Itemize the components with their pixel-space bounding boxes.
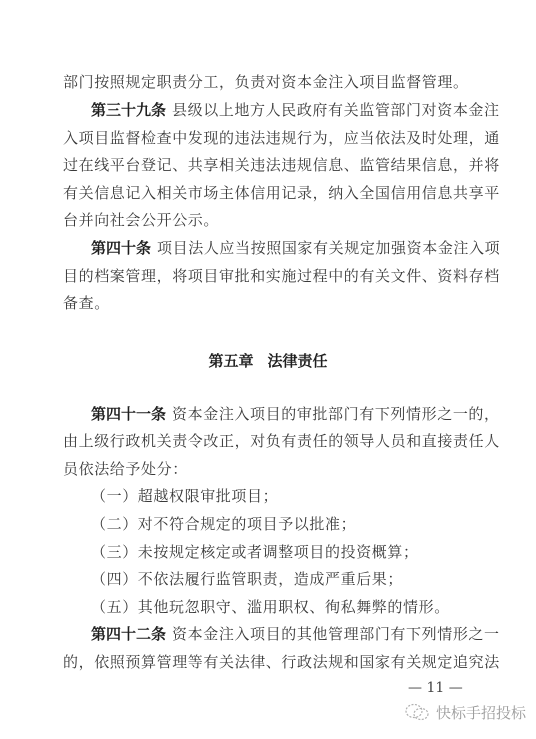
line-text: 由上级行政机关责令改正，对负有责任的领导人员和直接责任人 xyxy=(63,432,500,450)
article-number: 第四十条 xyxy=(91,239,151,257)
list-item: （三）未按规定核定或者调整项目的投资概算； xyxy=(91,541,461,563)
wechat-icon xyxy=(404,702,430,722)
line-text: （一）超越权限审批项目； xyxy=(91,487,278,505)
article-number: 第四十一条 xyxy=(91,405,166,423)
text-line: 第四十二条资本金注入项目的其他管理部门有下列情形之一 xyxy=(91,623,461,645)
line-text: 县级以上地方人民政府有关监管部门对资本金注 xyxy=(172,101,500,119)
text-line: 有关信息记入相关市场主体信用记录，纳入全国信用信息共享平 xyxy=(63,182,461,204)
text-line: 的，依照预算管理等有关法律、行政法规和国家有关规定追究法 xyxy=(63,651,461,673)
list-item: （五）其他玩忽职守、滥用职权、徇私舞弊的情形。 xyxy=(91,596,461,618)
text-line: 备查。 xyxy=(63,292,461,314)
list-item: （四）不依法履行监管职责，造成严重后果； xyxy=(91,568,461,590)
line-text: 有关信息记入相关市场主体信用记录，纳入全国信用信息共享平 xyxy=(63,184,500,202)
line-text: 入项目监督检查中发现的违法违规行为，应当依法及时处理，通 xyxy=(63,129,500,147)
line-text: 台并向社会公开公示。 xyxy=(63,211,219,229)
text-line: 员依法给予处分： xyxy=(63,458,461,480)
line-text: （四）不依法履行监管职责，造成严重后果； xyxy=(91,570,403,588)
line-text: 备查。 xyxy=(63,294,110,312)
watermark-text: 快标手招投标 xyxy=(436,702,526,723)
page-number: — 11 — xyxy=(408,680,463,696)
chapter-number: 第五章 xyxy=(208,352,253,370)
line-text: 部门按照规定职责分工，负责对资本金注入项目监督管理。 xyxy=(63,73,469,91)
list-item: （二）对不符合规定的项目予以批准； xyxy=(91,513,461,535)
line-text: （二）对不符合规定的项目予以批准； xyxy=(91,515,356,533)
list-item: （一）超越权限审批项目； xyxy=(91,485,461,507)
text-line: 由上级行政机关责令改正，对负有责任的领导人员和直接责任人 xyxy=(63,430,461,452)
line-text: 资本金注入项目的审批部门有下列情形之一的， xyxy=(172,405,500,423)
line-text: （三）未按规定核定或者调整项目的投资概算； xyxy=(91,543,419,561)
text-line: 部门按照规定职责分工，负责对资本金注入项目监督管理。 xyxy=(63,71,461,93)
line-text: 员依法给予处分： xyxy=(63,460,188,478)
text-line: 目的档案管理，将项目审批和实施过程中的有关文件、资料存档 xyxy=(63,265,461,287)
text-line: 过在线平台登记、共享相关违法违规信息、监管结果信息，并将 xyxy=(63,154,461,176)
article-number: 第四十二条 xyxy=(91,625,166,643)
line-text: 资本金注入项目的其他管理部门有下列情形之一 xyxy=(172,625,500,643)
text-line: 第四十一条资本金注入项目的审批部门有下列情形之一的， xyxy=(91,403,461,425)
article-number: 第三十九条 xyxy=(91,101,166,119)
watermark: 快标手招投标 xyxy=(404,700,526,724)
line-text: 项目法人应当按照国家有关规定加强资本金注入项 xyxy=(157,239,500,257)
line-text: （五）其他玩忽职守、滥用职权、徇私舞弊的情形。 xyxy=(91,598,450,616)
text-line: 台并向社会公开公示。 xyxy=(63,209,461,231)
line-text: 目的档案管理，将项目审批和实施过程中的有关文件、资料存档 xyxy=(63,267,500,285)
text-line: 入项目监督检查中发现的违法违规行为，应当依法及时处理，通 xyxy=(63,127,461,149)
line-text: 的，依照预算管理等有关法律、行政法规和国家有关规定追究法 xyxy=(63,653,500,671)
line-text: 过在线平台登记、共享相关违法违规信息、监管结果信息，并将 xyxy=(63,156,500,174)
text-line: 第三十九条县级以上地方人民政府有关监管部门对资本金注 xyxy=(91,99,461,121)
chapter-title: 法律责任 xyxy=(268,352,328,370)
chapter-heading: 第五章法律责任 xyxy=(0,350,536,371)
text-line: 第四十条项目法人应当按照国家有关规定加强资本金注入项 xyxy=(91,237,461,259)
